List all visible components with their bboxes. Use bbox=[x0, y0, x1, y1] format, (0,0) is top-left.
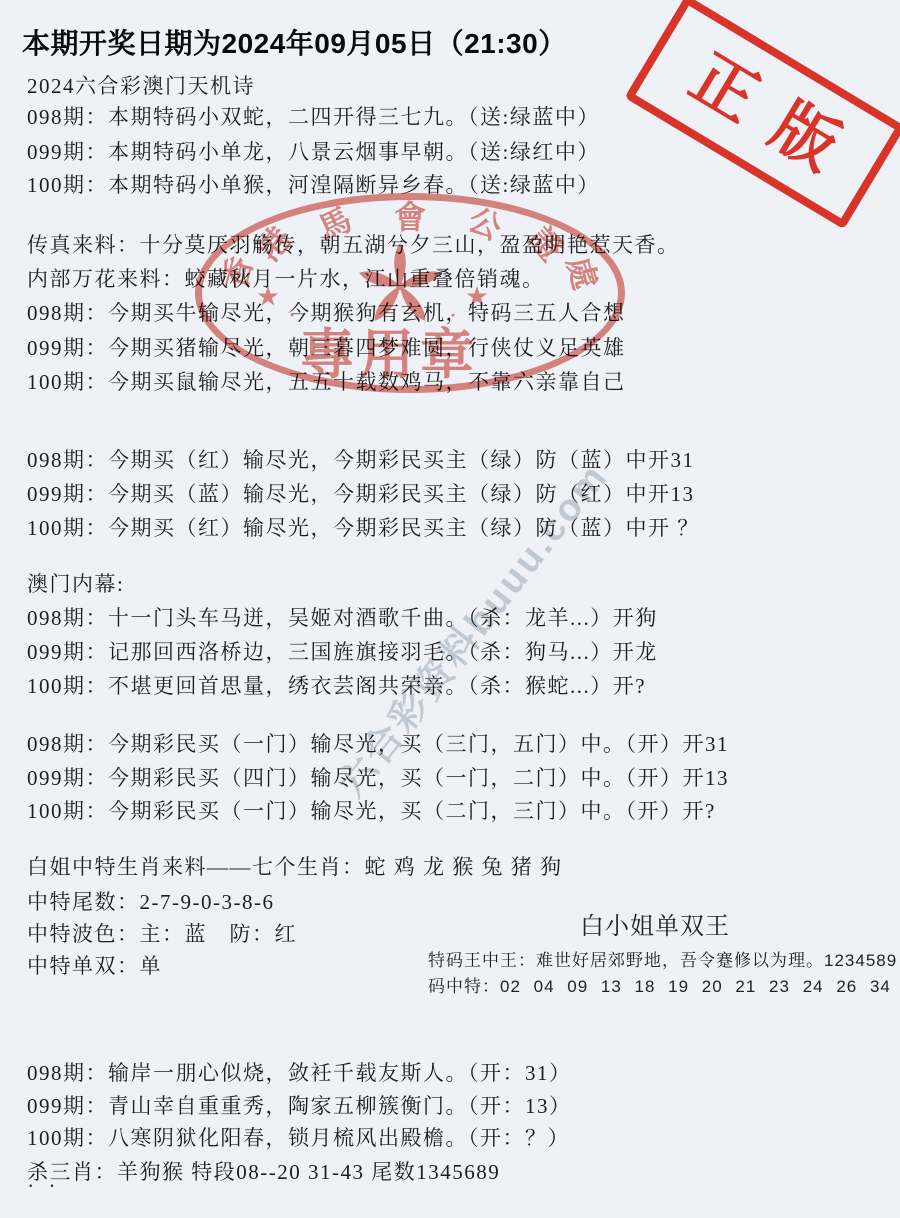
neimu-line-100: 100期：不堪更回首思量，绣衣芸阁共荣亲。（杀：猴蛇...）开? bbox=[27, 670, 646, 700]
tianji-header: 2024六合彩澳门天机诗 bbox=[27, 70, 255, 100]
baijie-shengxiao-line: 白姐中特生肖来料——七个生肖：蛇 鸡 龙 猴 兔 猪 狗 bbox=[27, 851, 563, 881]
laima-line-099: 099期：今期买猪输尽光，朝三暮四梦难圆，行侠仗义足英雄 bbox=[27, 332, 626, 362]
bose-line-100: 100期：今期买（红）输尽光，今期彩民买主（绿）防（蓝）中开 ？ bbox=[27, 512, 700, 542]
men-line-100: 100期：今期彩民买（一门）输尽光，买（二门，三门）中。（开）开? bbox=[27, 795, 716, 825]
bose-line-098: 098期：今期买（红）输尽光，今期彩民买主（绿）防（蓝）中开31 bbox=[27, 444, 695, 474]
authenticity-stamp-char-2: 版 bbox=[761, 92, 849, 180]
tianji-line-100: 100期：本期特码小单猴，河湟隔断异乡春。（送:绿蓝中） bbox=[27, 169, 600, 199]
laima-line-098: 098期：今期买牛输尽光，今期猴狗有玄机，特码三五人合想 bbox=[27, 297, 626, 327]
baijie-bose-line: 中特波色：主：蓝 防：红 bbox=[27, 918, 297, 948]
neimu-line-098: 098期：十一门头车马迸，吴姬对酒歌千曲。（杀：龙羊...）开狗 bbox=[27, 602, 658, 632]
tip-sheet-page: 六合彩资料buuu.com 本期开奖日期为2024年09月05日（21:30） … bbox=[0, 0, 900, 1218]
bottom-line-099: 099期：青山幸自重重秀，陶家五柳簇衡门。（开：13） bbox=[27, 1090, 572, 1120]
tianji-line-098: 098期：本期特码小双蛇，二四开得三七九。（送:绿蓝中） bbox=[27, 101, 600, 131]
seal-arc-char-7: 處 bbox=[562, 253, 601, 292]
men-line-098: 098期：今期彩民买（一门）输尽光，买（三门，五门）中。（开）开31 bbox=[27, 728, 729, 758]
neimu-header: 澳门内幕: bbox=[27, 568, 124, 598]
page-title: 本期开奖日期为2024年09月05日（21:30） bbox=[22, 22, 567, 62]
baixiaojie-title: 白小姐单双王 bbox=[425, 906, 885, 941]
laima-neibu-line: 内部万花来料：蛟藏秋月一片水，江山重叠倍销魂。 bbox=[27, 263, 545, 293]
neimu-line-099: 099期：记那回西洛桥边，三国旌旗接羽毛。（杀：狗马...）开龙 bbox=[27, 636, 658, 666]
notary-seal: 香 港 馬 會 公 證 處 ★ ★ • • 專用章 bbox=[195, 193, 625, 393]
baixiaojie-mazhongte-line: 码中特：02 04 09 13 18 19 20 21 23 24 26 34 … bbox=[428, 972, 900, 997]
bottom-line-098: 098期：输岸一朋心似烧，敛衽千载友斯人。（开：31） bbox=[27, 1057, 572, 1087]
laima-fax-line: 传真来料：十分莫厌羽觞传，朝五湖兮夕三山，盈盈明艳惹天香。 bbox=[27, 229, 680, 259]
authenticity-stamp: 正 版 bbox=[624, 0, 900, 229]
shasanxiao-line: 杀三肖：羊狗猴 特段08--20 31-43 尾数1345689 bbox=[27, 1156, 500, 1186]
laima-line-100: 100期：今期买鼠输尽光，五五十载数鸡马，不靠六亲靠自己 bbox=[27, 366, 626, 396]
seal-ring bbox=[195, 193, 625, 393]
bose-line-099: 099期：今期买（蓝）输尽光，今期彩民买主（绿）防（红）中开13 bbox=[27, 478, 695, 508]
bottom-line-100: 100期：八寒阴狱化阳春，锁月梳风出殿檐。（开：？） bbox=[27, 1122, 570, 1152]
baixiaojie-wangzhongwang-line: 特码王中王：难世好居郊野地，吾令蹇修以为理。1234589 bbox=[428, 946, 897, 971]
tianji-line-099: 099期：本期特码小单龙，八景云烟事早朝。（送:绿红中） bbox=[27, 136, 600, 166]
baijie-danshuang-line: 中特单双：单 bbox=[27, 950, 162, 980]
authenticity-stamp-char-1: 正 bbox=[681, 44, 769, 132]
baijie-weishu-line: 中特尾数：2-7-9-0-3-8-6 bbox=[27, 886, 274, 916]
footer-dots: · · bbox=[28, 1178, 61, 1196]
men-line-099: 099期：今期彩民买（四门）输尽光，买（一门，二门）中。（开）开13 bbox=[27, 762, 729, 792]
